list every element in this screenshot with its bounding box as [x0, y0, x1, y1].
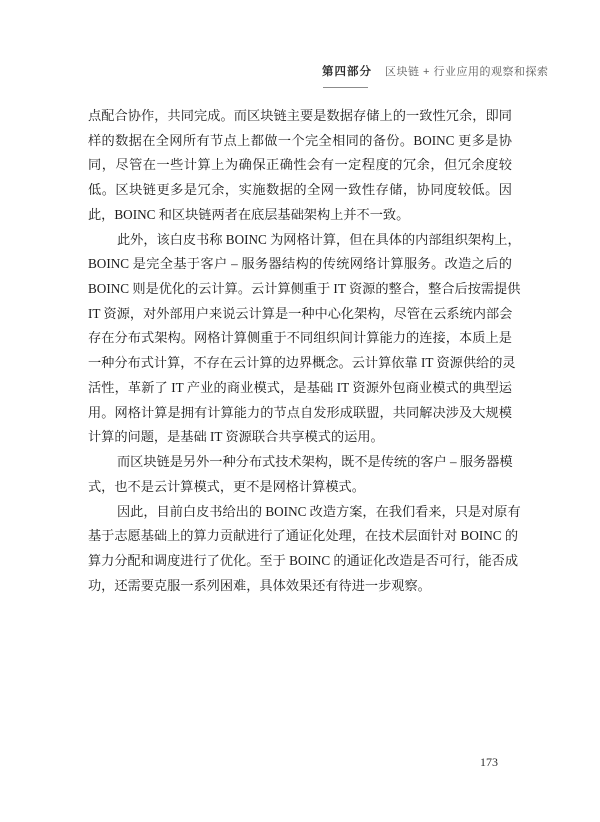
- text-line: 式，也不是云计算模式，更不是网格计算模式。: [88, 475, 512, 500]
- text-line: 点配合协作，共同完成。而区块链主要是数据存储上的一致性冗余，即同: [88, 104, 512, 129]
- text-line: 用。网格计算是拥有计算能力的节点自发形成联盟，共同解决涉及大规模: [88, 401, 512, 426]
- text-line: 样的数据在全网所有节点上都做一个完全相同的备份。BOINC 更多是协: [88, 129, 512, 154]
- text-line: 计算的问题，是基础 IT 资源联合共享模式的运用。: [88, 425, 512, 450]
- text-line: 此，BOINC 和区块链两者在底层基础架构上并不一致。: [88, 203, 512, 228]
- text-line: 存在分布式架构。网格计算侧重于不同组织间计算能力的连接，本质上是: [88, 326, 512, 351]
- text-line: BOINC 是完全基于客户 – 服务器结构的传统网络计算服务。改造之后的: [88, 252, 512, 277]
- running-header: 第四部分 区块链 + 行业应用的观察和探索: [322, 63, 549, 79]
- text-line: 低。区块链更多是冗余，实施数据的全网一致性存储，协同度较低。因: [88, 178, 512, 203]
- header-underline-rule: [323, 87, 368, 88]
- text-line: 一种分布式计算，不存在云计算的边界概念。云计算依靠 IT 资源供给的灵: [88, 351, 512, 376]
- text-line: 此外，该白皮书称 BOINC 为网格计算，但在具体的内部组织架构上，: [88, 228, 512, 253]
- text-line: 算力分配和调度进行了优化。至于 BOINC 的通证化改造是否可行，能否成: [88, 549, 512, 574]
- part-label: 第四部分: [322, 63, 372, 79]
- page-number: 173: [455, 755, 523, 770]
- paragraph: 此外，该白皮书称 BOINC 为网格计算，但在具体的内部组织架构上，BOINC …: [88, 228, 512, 450]
- text-line: 功，还需要克服一系列困难，具体效果还有待进一步观察。: [88, 574, 512, 599]
- text-line: 活性，革新了 IT 产业的商业模式，是基础 IT 资源外包商业模式的典型运: [88, 376, 512, 401]
- text-line: 因此，目前白皮书给出的 BOINC 改造方案，在我们看来，只是对原有: [88, 500, 512, 525]
- paragraph: 因此，目前白皮书给出的 BOINC 改造方案，在我们看来，只是对原有基于志愿基础…: [88, 500, 512, 599]
- book-page: 第四部分 区块链 + 行业应用的观察和探索 点配合协作，共同完成。而区块链主要是…: [0, 0, 600, 822]
- text-line: BOINC 则是优化的云计算。云计算侧重于 IT 资源的整合，整合后按需提供: [88, 277, 512, 302]
- paragraph: 点配合协作，共同完成。而区块链主要是数据存储上的一致性冗余，即同样的数据在全网所…: [88, 104, 512, 228]
- text-line: 而区块链是另外一种分布式技术架构，既不是传统的客户 – 服务器模: [88, 450, 512, 475]
- section-title: 区块链 + 行业应用的观察和探索: [385, 63, 549, 79]
- body-text: 点配合协作，共同完成。而区块链主要是数据存储上的一致性冗余，即同样的数据在全网所…: [88, 104, 512, 598]
- text-line: IT 资源，对外部用户来说云计算是一种中心化架构，尽管在云系统内部会: [88, 302, 512, 327]
- text-line: 基于志愿基础上的算力贡献进行了通证化处理，在技术层面针对 BOINC 的: [88, 524, 512, 549]
- paragraph: 而区块链是另外一种分布式技术架构，既不是传统的客户 – 服务器模式，也不是云计算…: [88, 450, 512, 499]
- text-line: 同，尽管在一些计算上为确保正确性会有一定程度的冗余，但冗余度较: [88, 153, 512, 178]
